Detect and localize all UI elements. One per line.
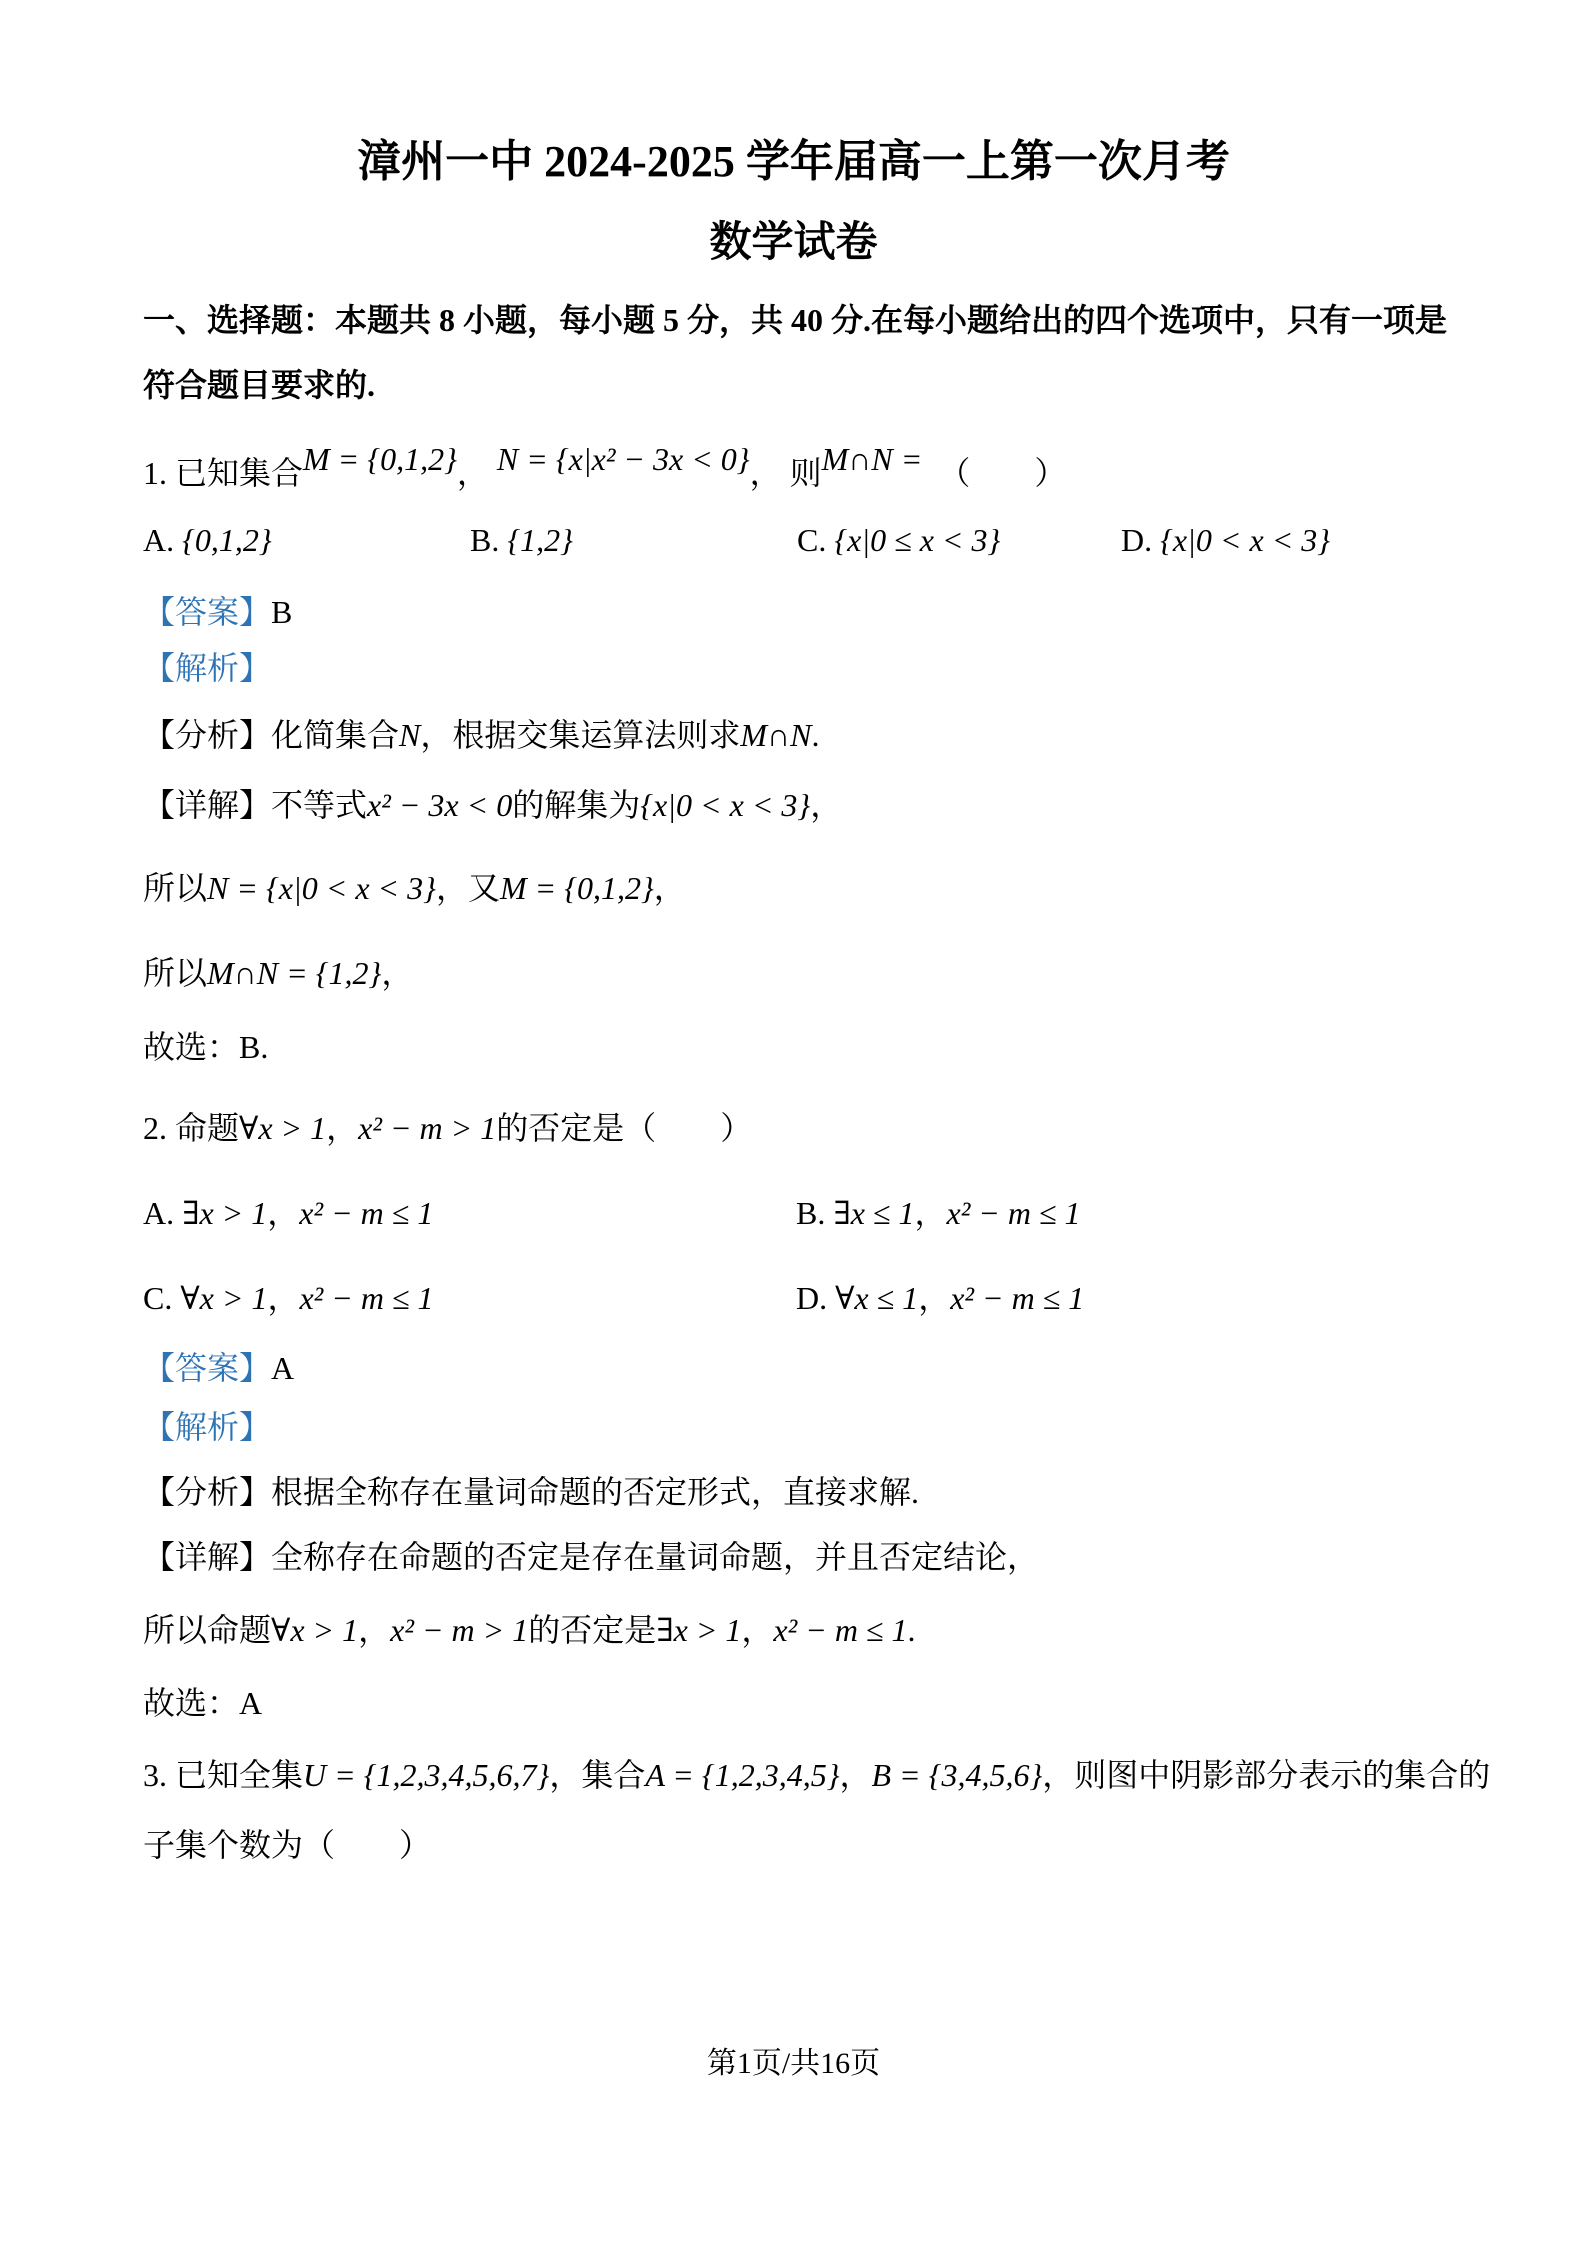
explanation-label: 【解析】 xyxy=(143,1409,271,1445)
q3-stem-line2: 子集个数为（ ） xyxy=(143,1821,431,1869)
text-segment: {x|0 ≤ x < 3} xyxy=(834,522,1000,558)
q1-detail1-text: 不等式x² − 3x < 0的解集为{x|0 < x < 3}， xyxy=(271,787,842,823)
text-segment: x² − m ≤ 1 xyxy=(299,1280,433,1316)
text-segment: ， xyxy=(381,955,413,991)
text-segment: M = {0,1,2} xyxy=(303,441,457,477)
text-segment: N = {x|0 < x < 3} xyxy=(207,870,436,906)
q2-detail-line1: 【详解】全称存在命题的否定是存在量词命题，并且否定结论， xyxy=(143,1533,1039,1581)
text-segment: ，根据交集运算法则求 xyxy=(420,717,740,753)
text-segment: N xyxy=(399,717,420,753)
text-segment: 2. 命题 xyxy=(143,1110,239,1146)
detail-label: 【详解】 xyxy=(143,787,271,823)
text-segment: ， 则 xyxy=(750,455,822,491)
text-segment: ∃x ≤ 1 xyxy=(833,1195,914,1231)
text-segment: B. xyxy=(470,522,507,558)
text-segment: ∃x > 1 xyxy=(182,1195,267,1231)
text-segment: ， xyxy=(839,1757,871,1793)
text-segment: C. xyxy=(797,522,834,558)
q2-analysis-text: 根据全称存在量词命题的否定形式，直接求解. xyxy=(271,1474,919,1510)
text-segment: ，集合 xyxy=(549,1757,645,1793)
q1-answer-value: B xyxy=(271,594,292,630)
q2-detail1-text: 全称存在命题的否定是存在量词命题，并且否定结论， xyxy=(271,1539,1039,1575)
section-header-line1: 一、选择题：本题共 8 小题，每小题 5 分，共 40 分.在每小题给出的四个选… xyxy=(143,296,1447,344)
text-segment: {0,1,2} xyxy=(182,522,272,558)
text-segment: x² − m ≤ 1 xyxy=(950,1280,1084,1316)
q1-stem: 1. 已知集合M = {0,1,2}， N = {x|x² − 3x < 0}，… xyxy=(143,449,1066,497)
text-segment: ， xyxy=(741,1612,773,1648)
text-segment: 的否定是 xyxy=(528,1612,656,1648)
text-segment: N = {x|x² − 3x < 0} xyxy=(497,441,750,477)
q1-analysis-text: 化简集合N，根据交集运算法则求M∩N. xyxy=(271,717,819,753)
text-segment: ， xyxy=(914,1195,946,1231)
text-segment: 所以命题 xyxy=(143,1612,271,1648)
text-segment: 化简集合 xyxy=(271,717,399,753)
q2-answer-value: A xyxy=(271,1350,294,1386)
text-segment: ∀x ≤ 1 xyxy=(835,1280,918,1316)
page-number: 第1页/共16页 xyxy=(0,2042,1587,2086)
text-segment: ， xyxy=(267,1195,299,1231)
q2-option-d: D. ∀x ≤ 1，x² − m ≤ 1 xyxy=(796,1274,1084,1322)
text-segment: D. xyxy=(796,1280,835,1316)
text-segment: x² − m > 1 xyxy=(390,1612,528,1648)
text-segment: ， xyxy=(326,1110,358,1146)
q1-answer-line: 【答案】B xyxy=(143,588,292,636)
text-segment: A. xyxy=(143,1195,182,1231)
text-segment: ， xyxy=(358,1612,390,1648)
text-segment: M = {0,1,2} xyxy=(500,870,654,906)
q1-option-c: C. {x|0 ≤ x < 3} xyxy=(797,516,1000,564)
text-segment: ，则图中阴影部分表示的集合的 xyxy=(1042,1757,1490,1793)
detail-label: 【详解】 xyxy=(143,1539,271,1575)
text-segment: ∃x > 1 xyxy=(656,1612,741,1648)
q2-stem: 2. 命题∀x > 1，x² − m > 1的否定是（ ） xyxy=(143,1104,752,1152)
q2-detail-line2: 所以命题∀x > 1，x² − m > 1的否定是∃x > 1，x² − m ≤… xyxy=(143,1606,915,1654)
page-title: 漳州一中 2024-2025 学年届高一上第一次月考 xyxy=(0,132,1587,192)
q1-detail-line2: 所以N = {x|0 < x < 3}，又M = {0,1,2}， xyxy=(143,864,686,912)
text-segment: 所以 xyxy=(143,955,207,991)
text-segment: D. xyxy=(1121,522,1160,558)
text-segment: ∀x > 1 xyxy=(239,1110,326,1146)
text-segment: ， xyxy=(918,1280,950,1316)
explanation-label: 【解析】 xyxy=(143,650,271,686)
text-segment: ，又 xyxy=(436,870,500,906)
text-segment: A. xyxy=(143,522,182,558)
text-segment: ∀x > 1 xyxy=(271,1612,358,1648)
q2-analysis-line: 【分析】根据全称存在量词命题的否定形式，直接求解. xyxy=(143,1468,919,1516)
section-header-line2: 符合题目要求的. xyxy=(143,361,375,409)
analysis-label: 【分析】 xyxy=(143,717,271,753)
text-segment: 全称存在命题的否定是存在量词命题，并且否定结论， xyxy=(271,1539,1039,1575)
q1-option-a: A. {0,1,2} xyxy=(143,516,272,564)
text-segment: ， xyxy=(654,870,686,906)
page-subtitle: 数学试卷 xyxy=(0,215,1587,271)
text-segment: x² − m > 1 xyxy=(358,1110,496,1146)
text-segment: C. xyxy=(143,1280,180,1316)
exam-document-page: 漳州一中 2024-2025 学年届高一上第一次月考 数学试卷 一、选择题：本题… xyxy=(0,0,1587,2245)
text-segment: {x|0 < x < 3} xyxy=(640,787,810,823)
q2-conclusion: 故选：A xyxy=(143,1679,262,1727)
text-segment: 的解集为 xyxy=(512,787,640,823)
text-segment: 根据全称存在量词命题的否定形式，直接求解. xyxy=(271,1474,919,1510)
q2-option-c: C. ∀x > 1，x² − m ≤ 1 xyxy=(143,1274,434,1322)
q1-option-d: D. {x|0 < x < 3} xyxy=(1121,516,1330,564)
text-segment: B. xyxy=(796,1195,833,1231)
q2-answer-line: 【答案】A xyxy=(143,1344,294,1392)
text-segment: 的否定是（ ） xyxy=(496,1110,752,1146)
q2-option-a: A. ∃x > 1，x² − m ≤ 1 xyxy=(143,1189,433,1237)
text-segment: x² − 3x < 0 xyxy=(367,787,512,823)
text-segment: ∀x > 1 xyxy=(180,1280,267,1316)
text-segment: . xyxy=(812,717,820,753)
answer-label: 【答案】 xyxy=(143,1350,271,1386)
text-segment: M∩N = {1,2} xyxy=(207,955,381,991)
q1-detail-line1: 【详解】不等式x² − 3x < 0的解集为{x|0 < x < 3}， xyxy=(143,781,842,829)
text-segment: . xyxy=(907,1612,915,1648)
text-segment: x² − m ≤ 1 xyxy=(299,1195,433,1231)
text-segment: ， xyxy=(457,455,497,491)
text-segment: M∩N = xyxy=(822,441,923,477)
text-segment: 1. 已知集合 xyxy=(143,455,303,491)
text-segment: （ ） xyxy=(922,455,1066,491)
text-segment: 子集个数为（ ） xyxy=(143,1827,431,1863)
q1-analysis-line: 【分析】化简集合N，根据交集运算法则求M∩N. xyxy=(143,711,820,759)
text-segment: 不等式 xyxy=(271,787,367,823)
text-segment: U = {1,2,3,4,5,6,7} xyxy=(303,1757,549,1793)
q3-stem-line1: 3. 已知全集U = {1,2,3,4,5,6,7}，集合A = {1,2,3,… xyxy=(143,1751,1490,1799)
analysis-label: 【分析】 xyxy=(143,1474,271,1510)
text-segment: ， xyxy=(810,787,842,823)
q1-explanation-line: 【解析】 xyxy=(143,644,271,692)
text-segment: M∩N xyxy=(740,717,811,753)
text-segment: 所以 xyxy=(143,870,207,906)
text-segment: x² − m ≤ 1 xyxy=(946,1195,1080,1231)
q1-option-b: B. {1,2} xyxy=(470,516,573,564)
q2-explanation-line: 【解析】 xyxy=(143,1403,271,1451)
text-segment: B = {3,4,5,6} xyxy=(872,1757,1043,1793)
q1-conclusion: 故选：B. xyxy=(143,1023,268,1071)
answer-label: 【答案】 xyxy=(143,594,271,630)
text-segment: 3. 已知全集 xyxy=(143,1757,303,1793)
text-segment: {1,2} xyxy=(507,522,573,558)
text-segment: {x|0 < x < 3} xyxy=(1160,522,1330,558)
text-segment: ， xyxy=(267,1280,299,1316)
q2-option-b: B. ∃x ≤ 1，x² − m ≤ 1 xyxy=(796,1189,1081,1237)
q1-detail-line3: 所以M∩N = {1,2}， xyxy=(143,949,413,997)
text-segment: A = {1,2,3,4,5} xyxy=(645,1757,839,1793)
text-segment: x² − m ≤ 1 xyxy=(773,1612,907,1648)
